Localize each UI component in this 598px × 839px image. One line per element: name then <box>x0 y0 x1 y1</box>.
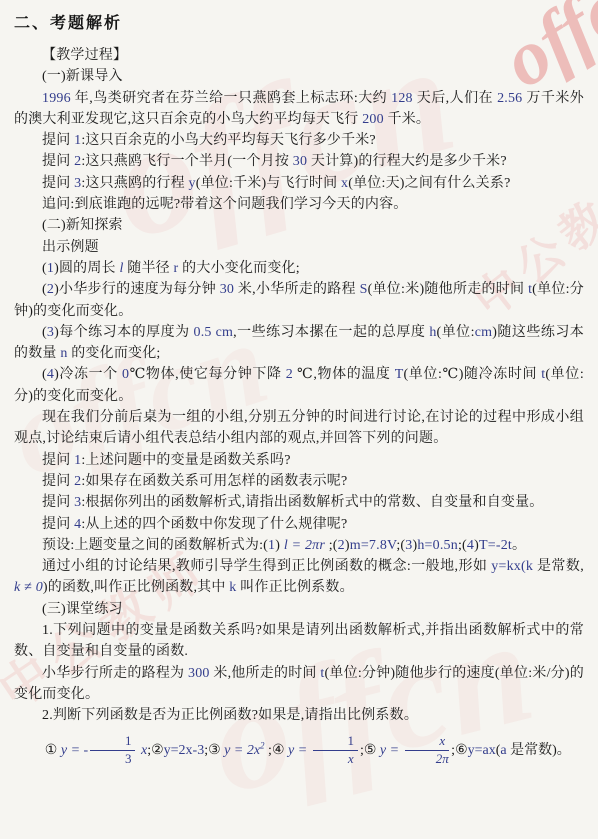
text-segment: (三)课堂练习 <box>42 602 123 617</box>
paragraph-line: (4)冷冻一个 0℃物体,使它每分钟下降 2 ℃,物体的温度 T(单位:℃)随冷… <box>14 364 584 407</box>
paragraph-line: 提问 2:如果存在函数关系可用怎样的函数表示呢? <box>14 471 584 492</box>
text-segment: 2 <box>286 367 293 382</box>
text-segment: ④ <box>272 743 288 758</box>
text-segment: 提问 <box>42 495 74 510</box>
paragraph-line: 预设:上题变量之间的函数解析式为:(1) l = 2πr ;(2)m=7.8V;… <box>14 535 584 556</box>
text-segment: 提问 <box>42 517 74 532</box>
text-segment: 叫作正比例系数。 <box>236 580 353 595</box>
text-segment: (单位: <box>437 325 475 340</box>
text-segment: :如果存在函数关系可用怎样的函数表示呢? <box>81 474 347 489</box>
text-segment: 200 <box>362 112 384 127</box>
text-segment: 通过小组的讨论结果,教师引导学生得到正比例函数的概念:一般地,形如 <box>42 559 491 574</box>
text-segment: = - <box>67 743 88 758</box>
text-segment: 2.56 <box>497 91 522 106</box>
text-segment: 。 <box>512 538 526 553</box>
text-segment: 提问 <box>42 154 74 169</box>
text-segment: 提问 <box>42 474 74 489</box>
text-segment: 天计算)的行程大约是多少千米? <box>307 154 507 169</box>
text-segment: 米,他所走的时间 <box>210 666 321 681</box>
text-segment: y=ax <box>468 743 496 758</box>
text-segment: 30 <box>220 282 234 297</box>
paragraph-line: 1.下列问题中的变量是函数关系吗?如果是请列出函数解析式,并指出函数解析式中的常… <box>14 620 584 663</box>
text-segment: n <box>60 346 67 361</box>
text-segment: ⑥ <box>455 743 468 758</box>
text-segment: ;( <box>458 538 467 553</box>
text-segment: 判断下列函数是否为正比例函数?如果是,请指出比例系数。 <box>53 708 418 723</box>
paragraph-line: 提问 2:这只燕鸥飞行一个半月(一个月按 30 天计算)的行程大约是多少千米? <box>14 151 584 172</box>
paragraph-line: (2)小华步行的速度为每分钟 30 米,小华所走的路程 S(单位:米)随他所走的… <box>14 279 584 322</box>
paragraph-line: 提问 4:从上述的四个函数中你发现了什么规律呢? <box>14 514 584 535</box>
paragraph-line: (一)新课导入 <box>14 66 584 87</box>
text-segment: y = 2x <box>224 743 260 758</box>
text-segment: ⑤ <box>364 743 380 758</box>
text-segment: 下列问题中的变量是函数关系吗?如果是请列出函数解析式,并指出函数解析式中的常数、… <box>14 623 584 659</box>
paragraph-line: 提问 1:这只百余克的小鸟大约平均每天飞行多少千米? <box>14 130 584 151</box>
text-segment: (单位:米)随他所走的时间 <box>368 282 528 297</box>
text-segment: = <box>294 743 310 758</box>
text-segment: 米,小华所走的路程 <box>234 282 359 297</box>
paragraph-line: 【教学过程】 <box>14 45 584 66</box>
text-segment: 提问 <box>42 176 74 191</box>
text-segment: 1996 <box>42 91 71 106</box>
paragraph-line: (3)每个练习本的厚度为 0.5 cm,一些练习本摞在一起的总厚度 h(单位:c… <box>14 322 584 365</box>
text-segment: 小华步行所走的路程为 <box>42 666 188 681</box>
text-segment: 年,鸟类研究者在芬兰给一只燕鸥套上标志环:大约 <box>71 91 391 106</box>
text-segment: 出示例题 <box>42 240 99 255</box>
text-segment: 3 <box>47 325 54 340</box>
text-segment: )冷冻一个 <box>54 367 122 382</box>
text-segment: S <box>360 282 368 297</box>
text-segment: l = 2πr <box>284 538 325 553</box>
text-segment: 提问 <box>42 453 74 468</box>
text-segment: x <box>137 743 147 758</box>
text-segment: 随半径 <box>124 261 174 276</box>
text-segment: 0.5 cm <box>194 325 234 340</box>
text-segment: )每个练习本的厚度为 <box>54 325 193 340</box>
text-segment: ℃物体,使它每分钟下降 <box>129 367 286 382</box>
paragraph-line: (二)新知探索 <box>14 215 584 236</box>
text-segment: 是常数)。 <box>507 743 571 758</box>
paragraph-line: 提问 3:这只燕鸥的行程 y(单位:千米)与飞行时间 x(单位:天)之间有什么关… <box>14 173 584 194</box>
text-segment: 300 <box>188 666 210 681</box>
text-segment: ① <box>45 743 61 758</box>
text-segment: (单位:千米)与飞行时间 <box>196 176 341 191</box>
text-segment: 2 <box>47 282 54 297</box>
text-segment: ③ <box>208 743 224 758</box>
math-fraction: 13 <box>90 734 135 767</box>
text-segment: :这只燕鸥的行程 <box>81 176 188 191</box>
document-body: 【教学过程】(一)新课导入1996 年,鸟类研究者在芬兰给一只燕鸥套上标志环:大… <box>14 45 584 775</box>
text-segment: 1. <box>42 623 53 638</box>
text-segment: )圆的周长 <box>54 261 119 276</box>
paragraph-line: (三)课堂练习 <box>14 599 584 620</box>
math-fraction: 1x <box>313 734 358 767</box>
text-segment: 2 <box>338 538 345 553</box>
paragraph-line: 1996 年,鸟类研究者在芬兰给一只燕鸥套上标志环:大约 128 天后,人们在 … <box>14 88 584 131</box>
text-segment: h <box>429 325 436 340</box>
paragraph-line: 出示例题 <box>14 237 584 258</box>
text-segment: 【教学过程】 <box>42 48 127 63</box>
text-segment: ℃,物体的温度 <box>293 367 395 382</box>
text-segment: 30 <box>293 154 307 169</box>
text-segment: 现在我们分前后桌为一组的小组,分别五分钟的时间进行讨论,在讨论的过程中形成小组观… <box>14 410 584 446</box>
text-segment: 4 <box>47 367 54 382</box>
text-segment: :从上述的四个函数中你发现了什么规律呢? <box>81 517 347 532</box>
page-title: 二、考题解析 <box>14 10 584 33</box>
document-body-wrap: 二、考题解析 【教学过程】(一)新课导入1996 年,鸟类研究者在芬兰给一只燕鸥… <box>0 0 598 775</box>
text-segment: T=-2t <box>479 538 512 553</box>
text-segment: :这只百余克的小鸟大约平均每天飞行多少千米? <box>81 133 376 148</box>
text-segment: ,一些练习本摞在一起的总厚度 <box>233 325 429 340</box>
text-segment: y=2x-3 <box>164 743 205 758</box>
paragraph-line: 通过小组的讨论结果,教师引导学生得到正比例函数的概念:一般地,形如 y=kx(k… <box>14 556 584 599</box>
text-segment: 1 <box>47 261 54 276</box>
text-segment: 是常数, <box>533 559 584 574</box>
text-segment: 的变化而变化; <box>68 346 161 361</box>
text-segment: (单位:℃)随冷冻时间 <box>403 367 541 382</box>
text-segment: 预设:上题变量之间的函数解析式为:( <box>42 538 268 553</box>
text-segment: 追问:到底谁跑的远呢?带着这个问题我们学习今天的内容。 <box>42 197 408 212</box>
text-segment: y=kx(k <box>491 559 533 574</box>
text-segment: (二)新知探索 <box>42 218 123 233</box>
text-segment: :上述问题中的变量是函数关系吗? <box>81 453 290 468</box>
paragraph-line: 追问:到底谁跑的远呢?带着这个问题我们学习今天的内容。 <box>14 194 584 215</box>
text-segment: ② <box>151 743 164 758</box>
text-segment: ;( <box>396 538 405 553</box>
paragraph-line: 现在我们分前后桌为一组的小组,分别五分钟的时间进行讨论,在讨论的过程中形成小组观… <box>14 407 584 450</box>
text-segment: 的大小变化而变化; <box>178 261 299 276</box>
text-segment: ;( <box>325 538 338 553</box>
text-segment: = <box>386 743 402 758</box>
text-segment: :根据你列出的函数解析式,请指出函数解析式中的常数、自变量和自变量。 <box>81 495 543 510</box>
paragraph-line: 提问 1:上述问题中的变量是函数关系吗? <box>14 450 584 471</box>
text-segment: 天后,人们在 <box>413 91 497 106</box>
text-segment: 128 <box>391 91 413 106</box>
paragraph-line: 提问 3:根据你列出的函数解析式,请指出函数解析式中的常数、自变量和自变量。 <box>14 492 584 513</box>
text-segment: k ≠ 0 <box>14 580 43 595</box>
paragraph-line: 2.判断下列函数是否为正比例函数?如果是,请指出比例系数。 <box>14 705 584 726</box>
text-segment: ; <box>265 743 272 758</box>
text-segment: h=0.5n <box>417 538 458 553</box>
text-segment: ) <box>275 538 284 553</box>
text-segment: y <box>189 176 196 191</box>
text-segment: :这只燕鸥飞行一个半月(一个月按 <box>81 154 292 169</box>
math-fraction: x2π <box>405 734 450 767</box>
paragraph-line: ① y = -13 x;②y=2x-3;③ y = 2x2 ;④ y = 1x;… <box>14 727 584 775</box>
text-segment: 2. <box>42 708 53 723</box>
text-segment: (单位:天)之间有什么关系? <box>348 176 510 191</box>
text-segment: m=7.8V <box>350 538 397 553</box>
document-page: offcn 中公教师 中公教师 offcn offcn offcn 二、考题解析… <box>0 0 598 839</box>
text-segment: )小华步行的速度为每分钟 <box>54 282 220 297</box>
text-segment: 千米。 <box>384 112 430 127</box>
text-segment: (一)新课导入 <box>42 69 123 84</box>
paragraph-line: 小华步行所走的路程为 300 米,他所走的时间 t(单位:分钟)随他步行的速度(… <box>14 663 584 706</box>
paragraph-line: (1)圆的周长 l 随半径 r 的大小变化而变化; <box>14 258 584 279</box>
text-segment: cm <box>475 325 493 340</box>
text-segment: )的函数,叫作正比例函数,其中 <box>43 580 229 595</box>
text-segment: 提问 <box>42 133 74 148</box>
